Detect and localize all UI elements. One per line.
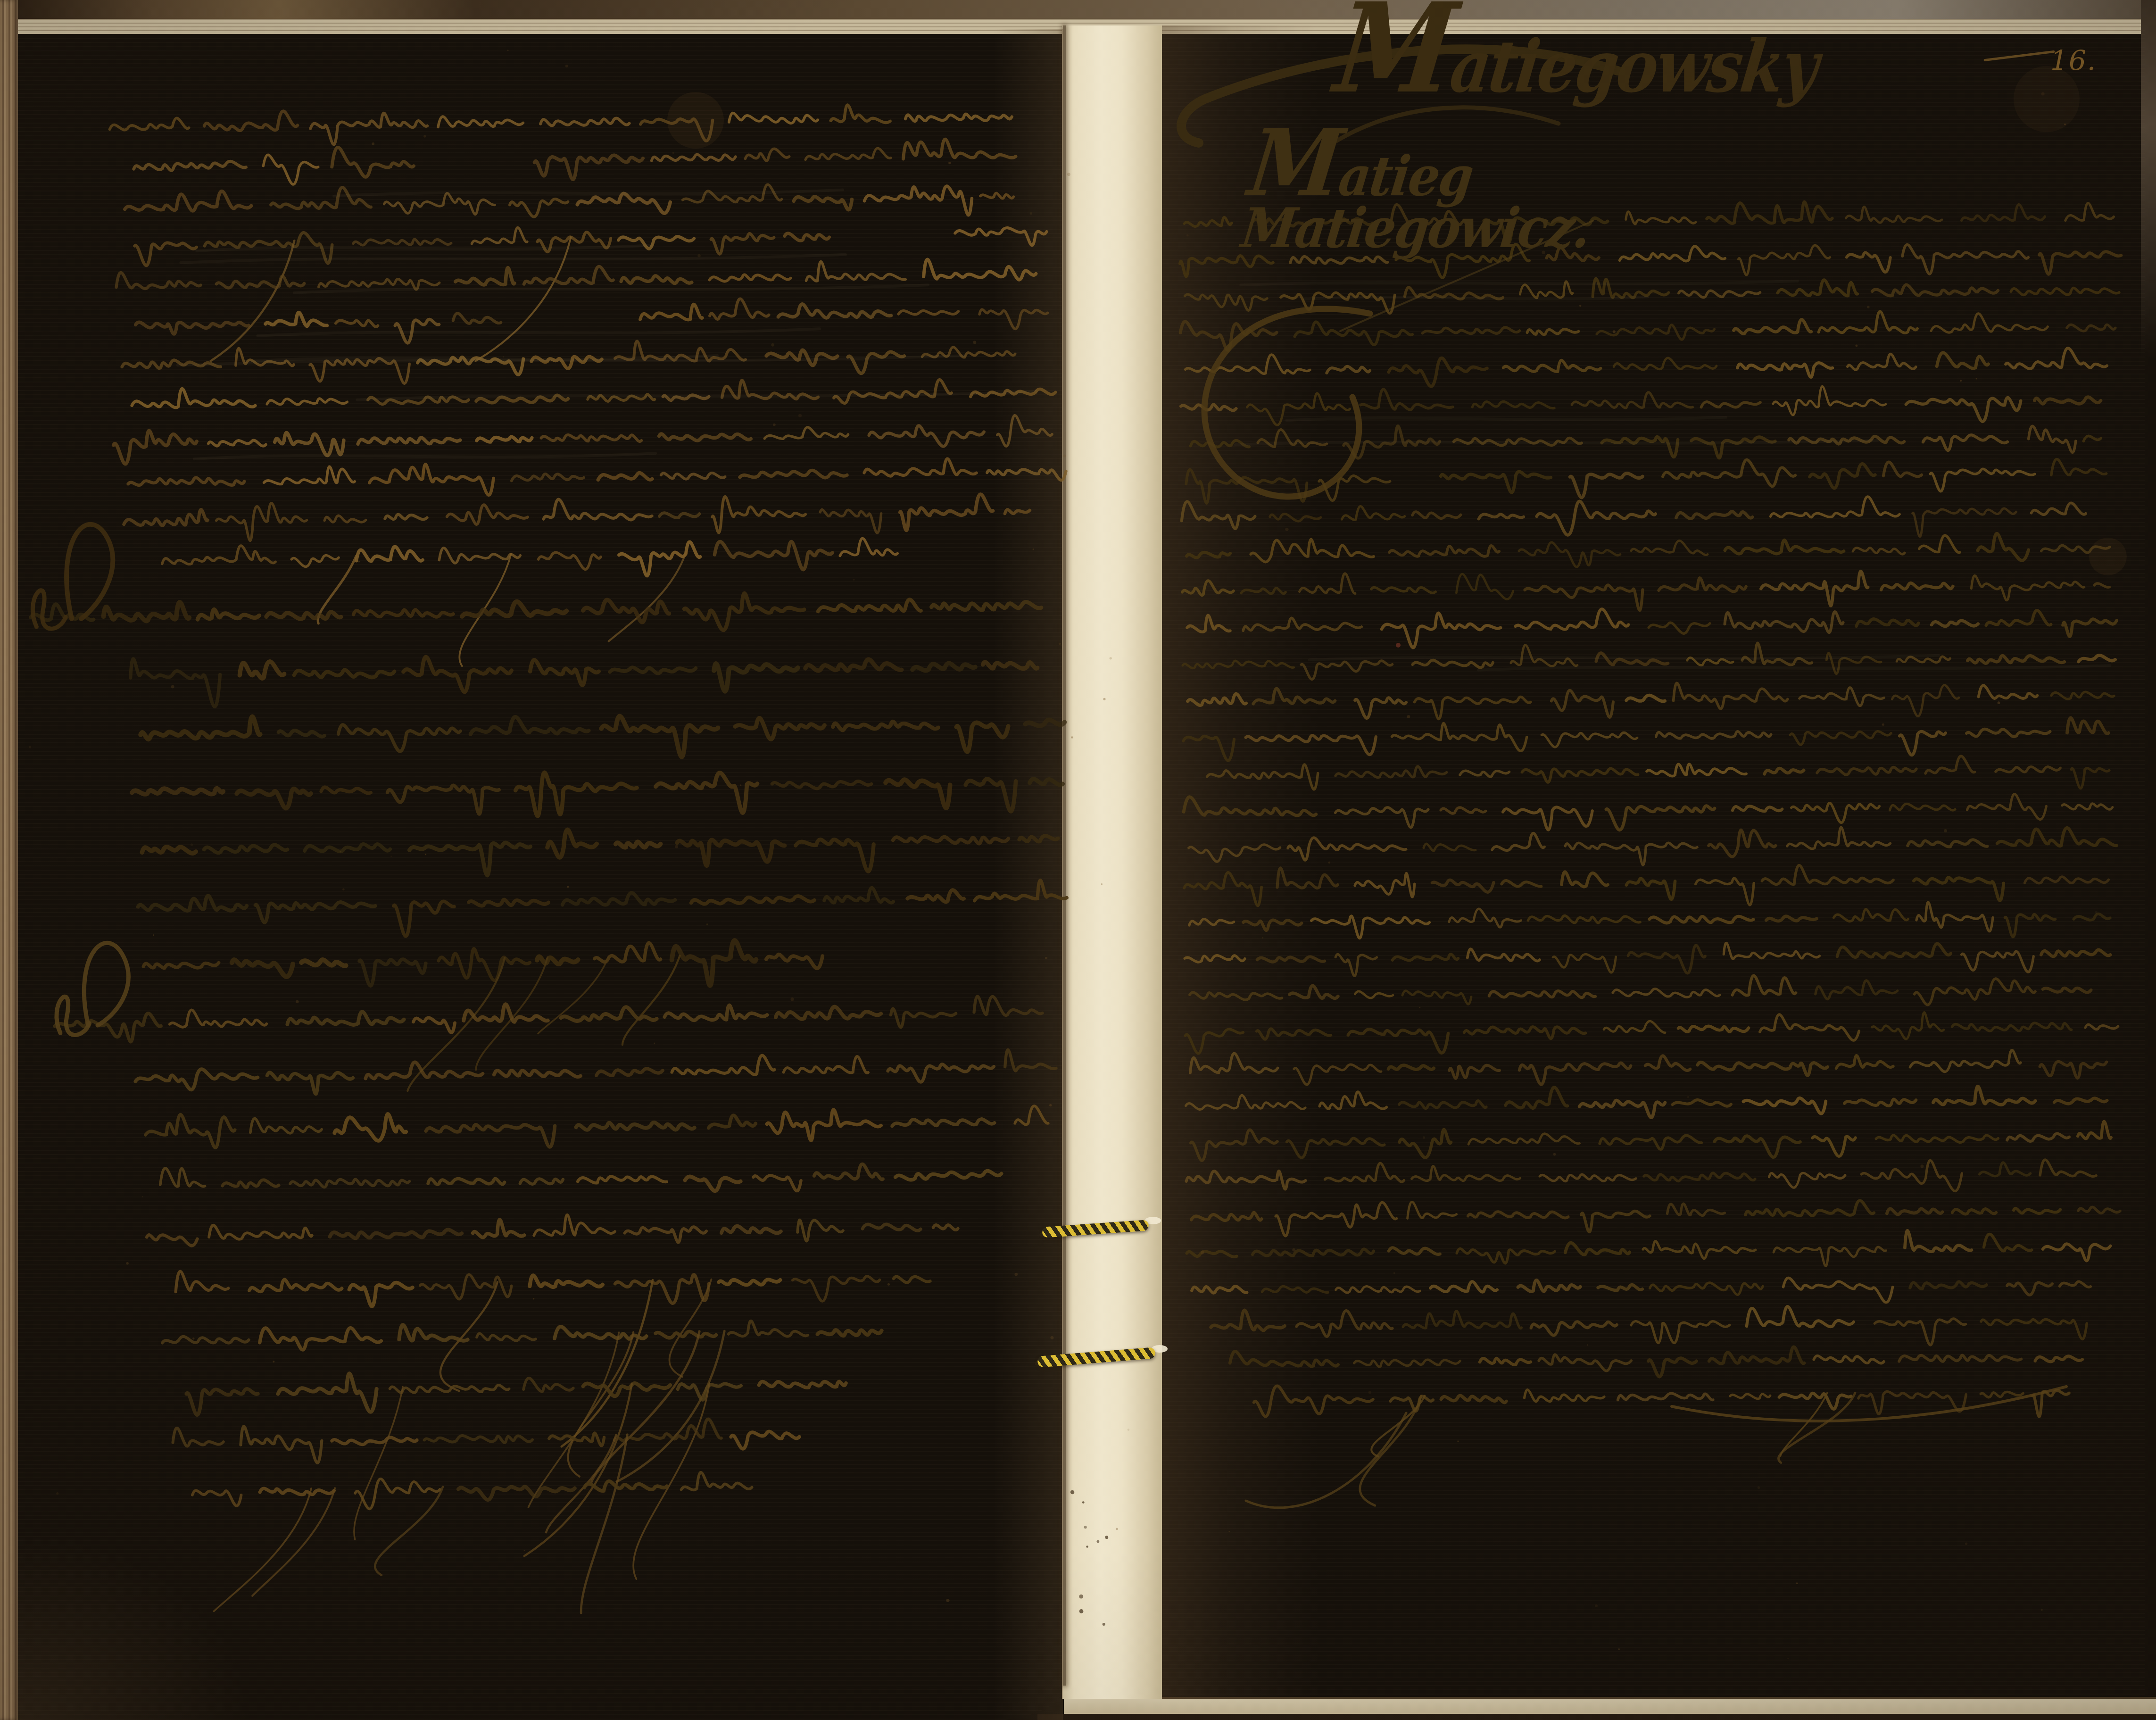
text-line (1189, 901, 2110, 943)
gutter-crease (1063, 25, 1066, 1686)
text-line (1191, 1197, 2120, 1237)
text-line (162, 538, 899, 670)
text-line (192, 1472, 753, 1612)
left-page (16, 29, 1063, 1720)
text-line (1185, 348, 2107, 388)
text-line (134, 224, 830, 365)
page-number-overline (1983, 50, 2055, 61)
text-line (160, 1158, 1002, 1198)
text-line (128, 457, 1066, 499)
text-line (130, 648, 1037, 707)
text-line (147, 1210, 958, 1249)
text-line (534, 138, 1016, 180)
text-line (1185, 940, 2110, 978)
gutter-shadow-right (1162, 25, 1318, 1699)
text-line (124, 493, 1030, 542)
handwriting-right-page (1179, 199, 2130, 1507)
manuscript-photo: { "manuscript": { "page_number": "16.", … (0, 0, 2156, 1720)
text-line (1186, 1229, 2110, 1271)
text-line (30, 578, 1041, 639)
text-line (142, 824, 1059, 881)
text-line (1190, 1047, 2107, 1087)
text-line (186, 1367, 848, 1584)
text-line (1188, 825, 2116, 868)
text-line (132, 376, 1055, 412)
book-bottom-edge (1037, 1714, 2156, 1720)
text-line (1183, 640, 2115, 680)
text-line (54, 985, 1043, 1043)
text-line (116, 258, 1036, 293)
text-line (1190, 973, 2091, 1010)
text-line (1186, 533, 2110, 570)
text-line (122, 336, 1015, 387)
text-line (1187, 680, 2114, 722)
text-line (132, 766, 1063, 822)
text-line (1211, 1305, 2087, 1350)
book-left-edge (0, 0, 18, 1720)
record-heading-line2: Matieg Matiegowicz. (1239, 136, 1763, 254)
text-line (1187, 606, 2117, 649)
text-line (1184, 862, 2109, 909)
page-number: 16. (2050, 44, 2097, 76)
gutter-shade-left (993, 29, 1063, 1720)
text-line (1185, 1011, 2118, 1055)
text-line (124, 179, 1014, 225)
bottom-page-edge-band (1064, 1699, 2156, 1715)
text-line (141, 707, 1065, 764)
text-line (1182, 568, 2110, 614)
text-line (113, 415, 1052, 464)
bottom-left-corner-shade (16, 1533, 252, 1720)
text-line (143, 939, 824, 1094)
text-line (1186, 1158, 2096, 1197)
text-line (1191, 1121, 2111, 1161)
text-line (138, 880, 1067, 939)
text-line (145, 1104, 1048, 1152)
book-right-edge (2141, 0, 2156, 358)
text-line (175, 1262, 932, 1451)
text-line (1254, 1380, 2070, 1506)
text-line (162, 1319, 884, 1512)
text-line (1181, 384, 2101, 427)
record-heading-line1: Matiegowsky (1331, 14, 1747, 100)
text-line (135, 1049, 1056, 1096)
gutter-ridge (1062, 25, 1162, 1699)
text-line (1184, 790, 2113, 833)
text-line (1192, 1276, 2090, 1307)
text-line (1441, 457, 2106, 499)
text-line (1185, 275, 2119, 315)
text-line (1180, 310, 2115, 350)
text-line (1190, 421, 2101, 462)
text-line (135, 310, 501, 346)
text-line (173, 1418, 802, 1618)
text-line (109, 102, 1012, 149)
text-line (1230, 1345, 2082, 1380)
text-line (133, 146, 414, 186)
handwriting-left-page (25, 101, 1080, 1620)
text-line (1183, 717, 2109, 761)
text-line (1207, 755, 2109, 795)
text-line (640, 295, 1048, 334)
text-line (1186, 1083, 2107, 1121)
